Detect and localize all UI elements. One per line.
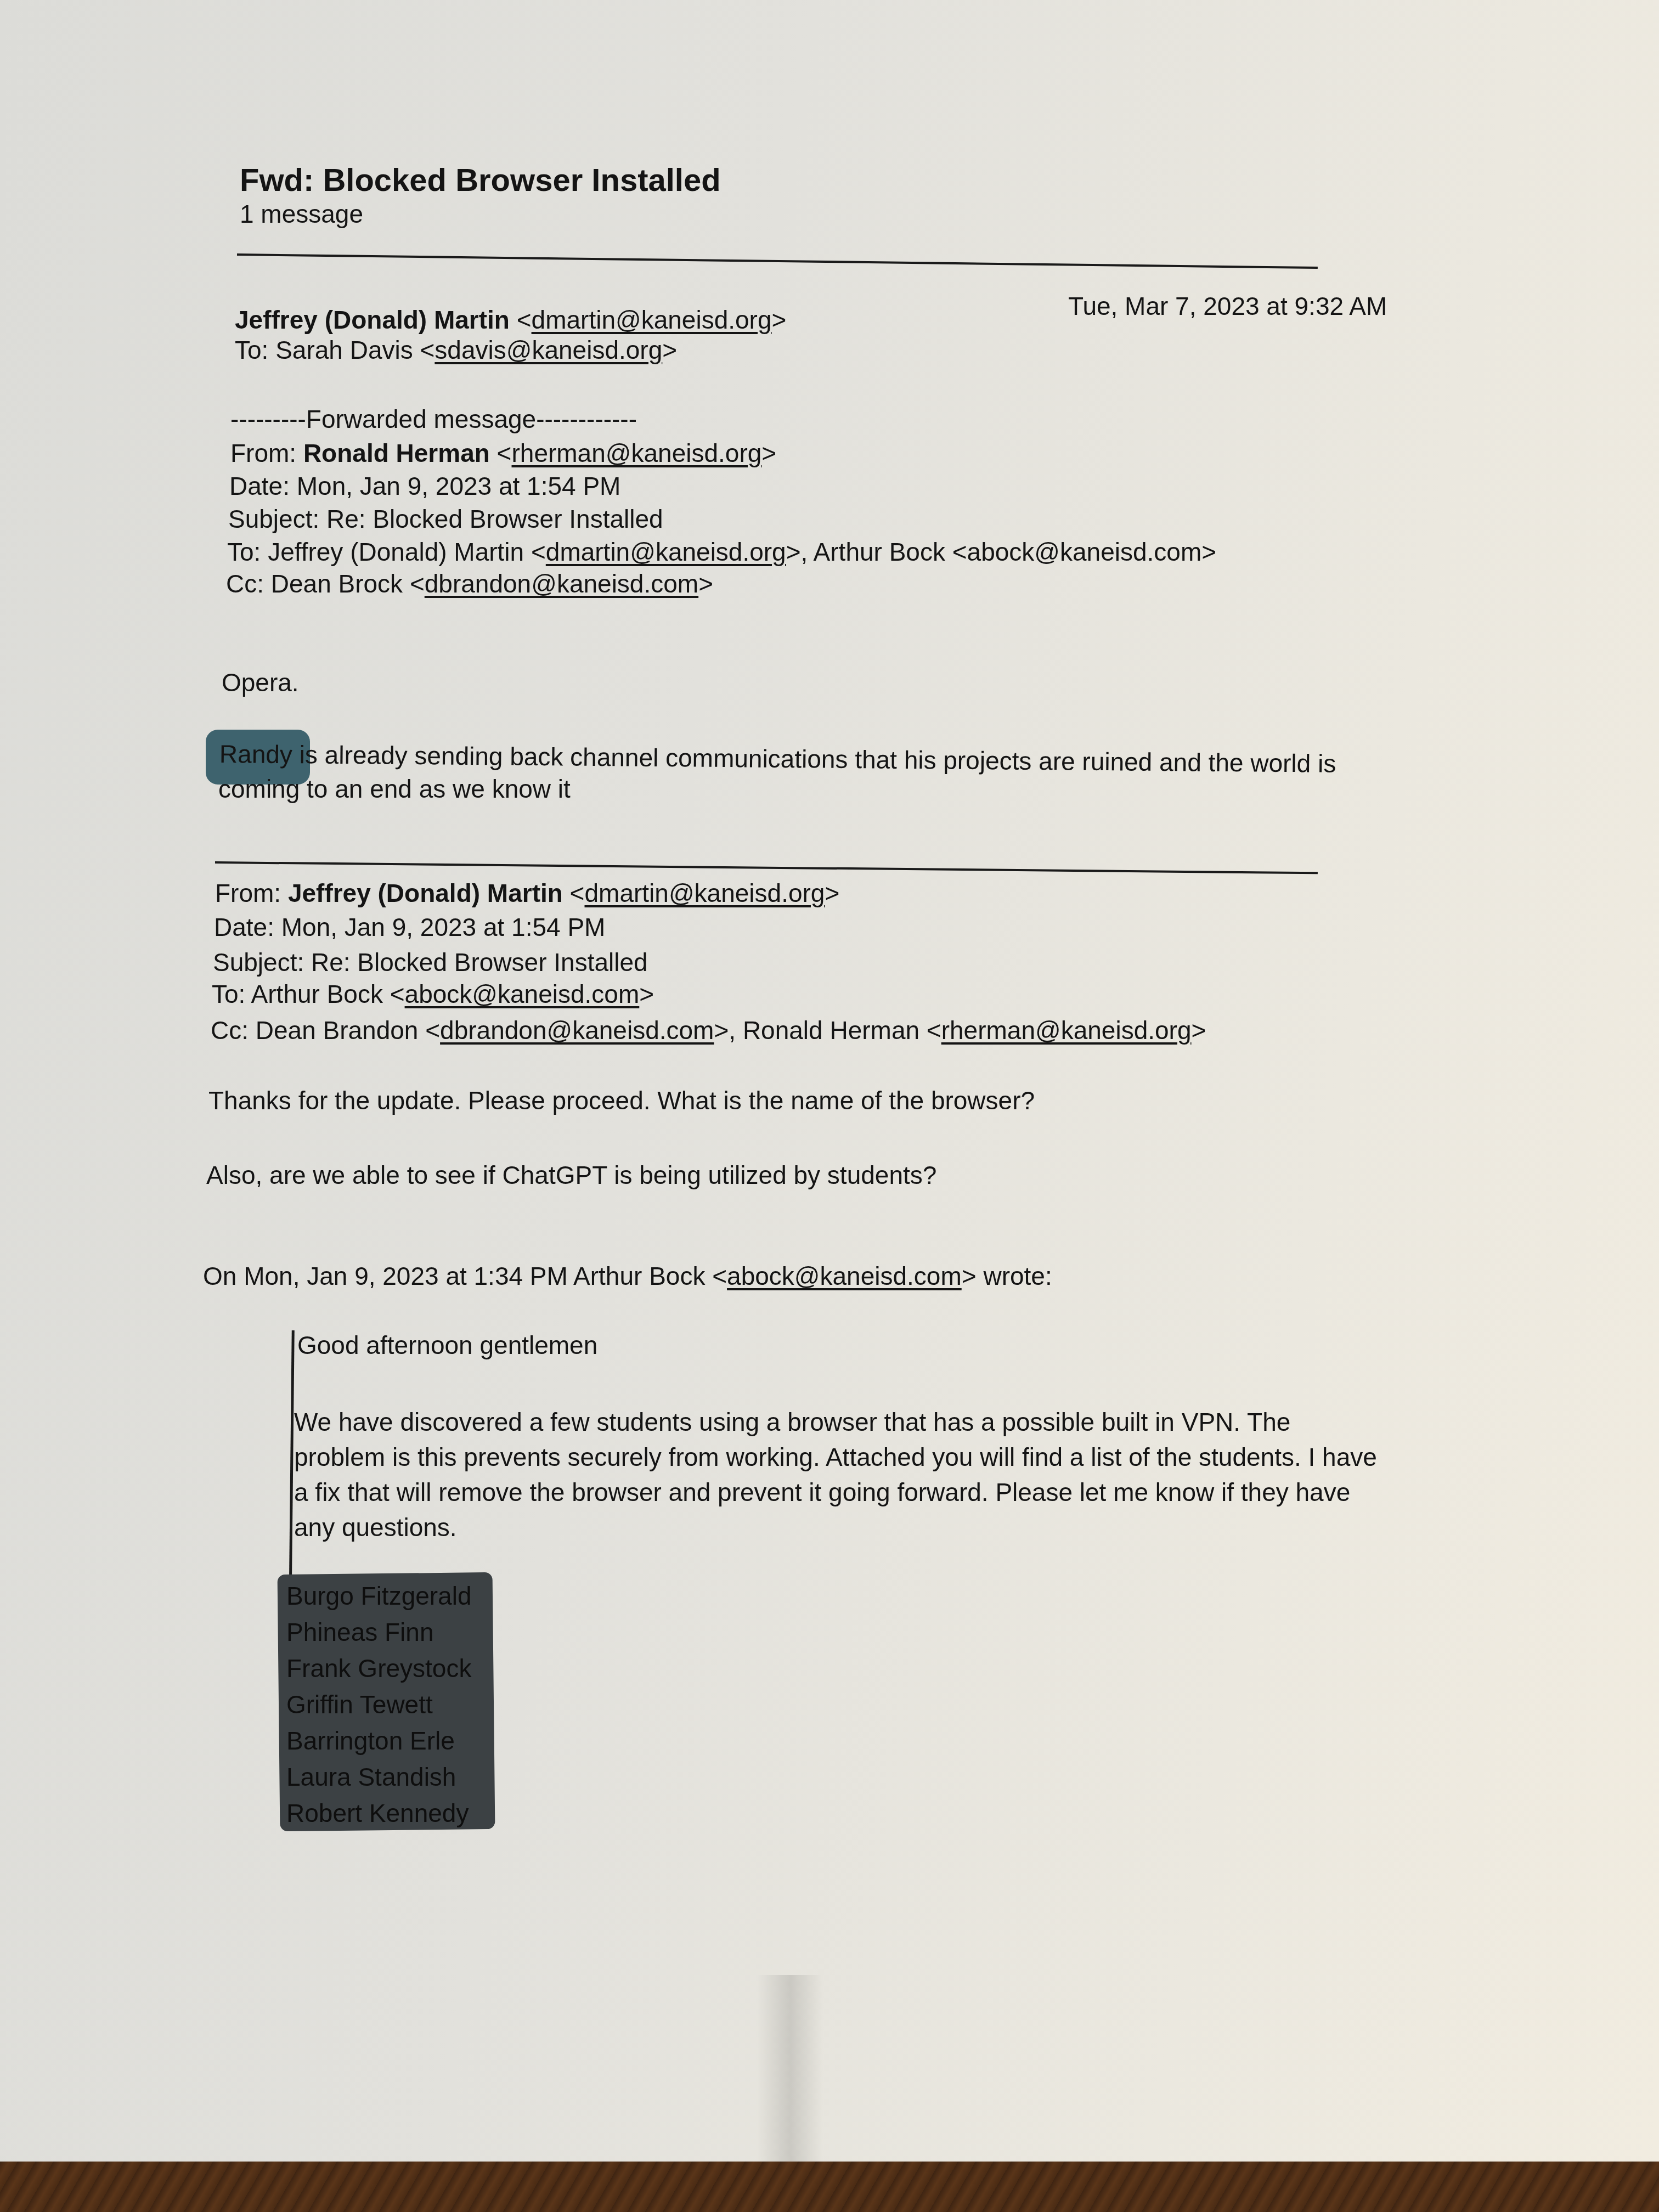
reply-from-email-link[interactable]: dmartin@kaneisd.org [585, 879, 825, 907]
student-name: Barrington Erle [286, 1723, 472, 1759]
reply-cc-email-link-1[interactable]: dbrandon@kaneisd.com [440, 1016, 714, 1045]
original-greeting: Good afternoon gentlemen [297, 1331, 597, 1360]
reply-date: Date: Mon, Jan 9, 2023 at 1:54 PM [214, 913, 605, 942]
reply-to-name: To: Arthur Bock [212, 980, 383, 1008]
reply-body-line1: Thanks for the update. Please proceed. W… [208, 1086, 1035, 1115]
reply-cc-name-1: Cc: Dean Brandon [211, 1016, 418, 1045]
original-body-line: We have discovered a few students using … [294, 1404, 1468, 1440]
original-body-line: a fix that will remove the browser and p… [294, 1475, 1468, 1510]
reply-subject: Subject: Re: Blocked Browser Installed [213, 948, 648, 977]
student-name: Griffin Tewett [286, 1686, 472, 1723]
student-name: Frank Greystock [286, 1650, 472, 1686]
fwd-body-line3: coming to an end as we know it [218, 775, 571, 804]
attribution-email-link[interactable]: abock@kaneisd.com [727, 1262, 962, 1290]
sender-name: Jeffrey (Donald) Martin [235, 306, 510, 334]
fwd-from-name: Ronald Herman [303, 439, 490, 467]
reply-to-email-link[interactable]: abock@kaneisd.com [405, 980, 640, 1008]
wood-table-surface [0, 2162, 1659, 2212]
sender-email-link[interactable]: dmartin@kaneisd.org [532, 306, 772, 334]
paper-fold-shadow [757, 1975, 823, 2162]
fwd-cc-line: Cc: Dean Brock <dbrandon@kaneisd.com> [226, 569, 713, 599]
fwd-cc-name: Cc: Dean Brock [226, 569, 403, 598]
original-body-line: any questions. [294, 1510, 1468, 1545]
student-name: Phineas Finn [286, 1614, 472, 1650]
reply-cc-name-2: , Ronald Herman [729, 1016, 919, 1045]
fwd-to-additional: , Arthur Bock <abock@kaneisd.com> [801, 538, 1217, 566]
student-name: Laura Standish [286, 1759, 472, 1795]
reply-from-line: From: Jeffrey (Donald) Martin <dmartin@k… [215, 879, 839, 908]
reply-from-label: From: [215, 879, 281, 907]
reply-cc-line: Cc: Dean Brandon <dbrandon@kaneisd.com>,… [211, 1016, 1206, 1045]
redacted-student-list: Burgo Fitzgerald Phineas Finn Frank Grey… [286, 1578, 472, 1831]
fwd-to-email-link[interactable]: dmartin@kaneisd.org [546, 538, 786, 566]
student-name: Robert Kennedy [286, 1795, 472, 1831]
original-body-line: problem is this prevents securely from w… [294, 1440, 1468, 1475]
fwd-to-line: To: Jeffrey (Donald) Martin <dmartin@kan… [227, 538, 1216, 567]
fwd-to-name: To: Jeffrey (Donald) Martin [227, 538, 524, 566]
reply-from-name: Jeffrey (Donald) Martin [288, 879, 563, 907]
email-timestamp: Tue, Mar 7, 2023 at 9:32 AM [1068, 292, 1387, 321]
attribution-wrote: wrote: [983, 1262, 1052, 1290]
email-subject-title: Fwd: Blocked Browser Installed [240, 162, 721, 199]
fwd-from-label: From: [230, 439, 296, 467]
attribution-line: On Mon, Jan 9, 2023 at 1:34 PM Arthur Bo… [203, 1262, 1052, 1291]
forwarded-separator: ---------Forwarded message------------ [230, 405, 637, 434]
fwd-from-line: From: Ronald Herman <rherman@kaneisd.org… [230, 439, 776, 468]
redacted-name: Randy [219, 740, 292, 769]
original-body: We have discovered a few students using … [294, 1404, 1468, 1545]
fwd-subject: Subject: Re: Blocked Browser Installed [228, 505, 663, 534]
student-name: Burgo Fitzgerald [286, 1578, 472, 1614]
reply-cc-email-link-2[interactable]: rherman@kaneisd.org [941, 1016, 1192, 1045]
fwd-body-opera: Opera. [222, 668, 299, 697]
recipient-email-link[interactable]: sdavis@kaneisd.org [435, 336, 662, 364]
sender-line: Jeffrey (Donald) Martin <dmartin@kaneisd… [235, 306, 786, 335]
fwd-from-email-link[interactable]: rherman@kaneisd.org [512, 439, 762, 467]
reply-body-line2: Also, are we able to see if ChatGPT is b… [206, 1161, 936, 1190]
fwd-cc-email-link[interactable]: dbrandon@kaneisd.com [425, 569, 698, 598]
message-count: 1 message [240, 200, 363, 229]
attribution-text: On Mon, Jan 9, 2023 at 1:34 PM Arthur Bo… [203, 1262, 705, 1290]
reply-to-line: To: Arthur Bock <abock@kaneisd.com> [212, 980, 654, 1009]
recipient-line: To: Sarah Davis <sdavis@kaneisd.org> [235, 336, 677, 365]
recipient-label: To: Sarah Davis [235, 336, 413, 364]
fwd-date: Date: Mon, Jan 9, 2023 at 1:54 PM [229, 472, 620, 501]
